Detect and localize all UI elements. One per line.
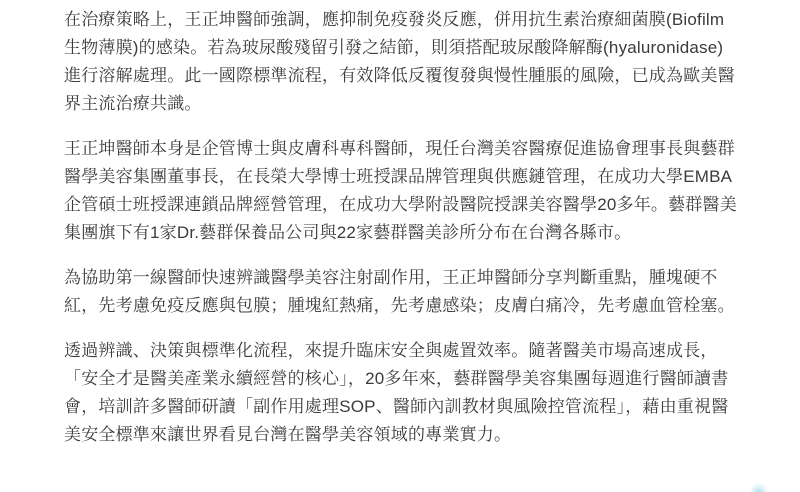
article-page: { "article": { "background_color": "#fff…: [0, 0, 800, 492]
paragraph-safety-standards: 透過辨識、決策與標準化流程，來提升臨床安全與處置效率。隨著醫美市場高速成長，「安…: [64, 337, 738, 449]
paragraph-diagnosis-tips: 為協助第一線醫師快速辨識醫學美容注射副作用，王正坤醫師分享判斷重點，腫塊硬不紅，…: [64, 264, 738, 320]
floating-button-partial[interactable]: [751, 483, 767, 492]
article-body: 在治療策略上，王正坤醫師強調，應抑制免疫發炎反應，併用抗生素治療細菌膜(Biof…: [0, 0, 800, 449]
paragraph-doctor-background: 王正坤醫師本身是企管博士與皮膚科專科醫師，現任台灣美容醫療促進協會理事長與藝群醫…: [64, 135, 738, 247]
paragraph-treatment-strategy: 在治療策略上，王正坤醫師強調，應抑制免疫發炎反應，併用抗生素治療細菌膜(Biof…: [64, 6, 738, 118]
